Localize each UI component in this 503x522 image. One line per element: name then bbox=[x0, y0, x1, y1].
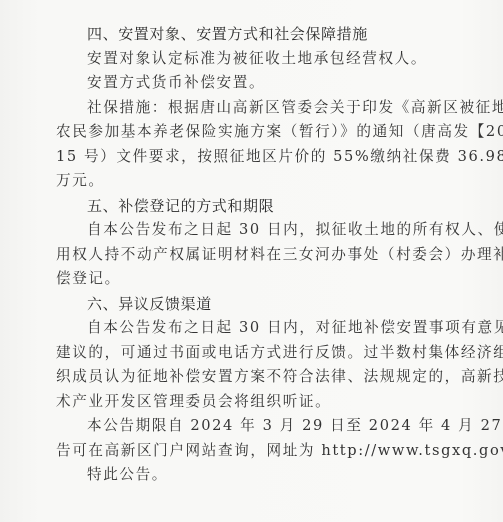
paragraph-line: 织成员认为征地补偿安置方案不符合法律、法规规定的，高新技 bbox=[56, 365, 446, 390]
paragraph-line-website: 告可在高新区门户网站查询，网址为 http://www.tsgxq.gov.cn… bbox=[56, 439, 448, 464]
paragraph-line: 社保措施：根据唐山高新区管委会关于印发《高新区被征地 bbox=[56, 96, 446, 121]
paragraph-line: 安置对象认定标准为被征收土地承包经营权人。 bbox=[56, 47, 448, 72]
paragraph-line: 偿登记。 bbox=[56, 267, 448, 292]
paragraph-line: 建议的，可通过书面或电话方式进行反馈。过半数村集体经济组 bbox=[56, 341, 446, 366]
section-heading-feedback: 六、异议反馈渠道 bbox=[56, 292, 448, 317]
paragraph-line: 自本公告发布之日起 30 日内，对征地补偿安置事项有意见 bbox=[56, 316, 446, 341]
paragraph-line: 安置方式货币补偿安置。 bbox=[56, 71, 448, 96]
closing-line: 特此公告。 bbox=[56, 463, 448, 488]
paragraph-line: 用权人持不动产权属证明材料在三女河办事处（村委会）办理补 bbox=[56, 243, 446, 268]
paragraph-line: 术产业开发区管理委员会将组织听证。 bbox=[56, 390, 448, 415]
paragraph-line: 15 号）文件要求，按照征地区片价的 55%缴纳社保费 36.9877 bbox=[56, 145, 446, 170]
section-heading-registration: 五、补偿登记的方式和期限 bbox=[56, 194, 448, 219]
paragraph-line: 自本公告发布之日起 30 日内，拟征收土地的所有权人、使 bbox=[56, 218, 446, 243]
paragraph-line: 本公告期限自 2024 年 3 月 29 日至 2024 年 4 月 27 日。… bbox=[56, 414, 446, 439]
paragraph-line: 万元。 bbox=[56, 169, 448, 194]
document-body: 四、安置对象、安置方式和社会保障措施 安置对象认定标准为被征收土地承包经营权人。… bbox=[56, 22, 448, 488]
paragraph-line: 农民参加基本养老保险实施方案（暂行）》的通知（唐高发【2020】 bbox=[56, 120, 446, 145]
section-heading-resettlement: 四、安置对象、安置方式和社会保障措施 bbox=[56, 22, 448, 47]
document-page: 四、安置对象、安置方式和社会保障措施 安置对象认定标准为被征收土地承包经营权人。… bbox=[0, 0, 503, 522]
